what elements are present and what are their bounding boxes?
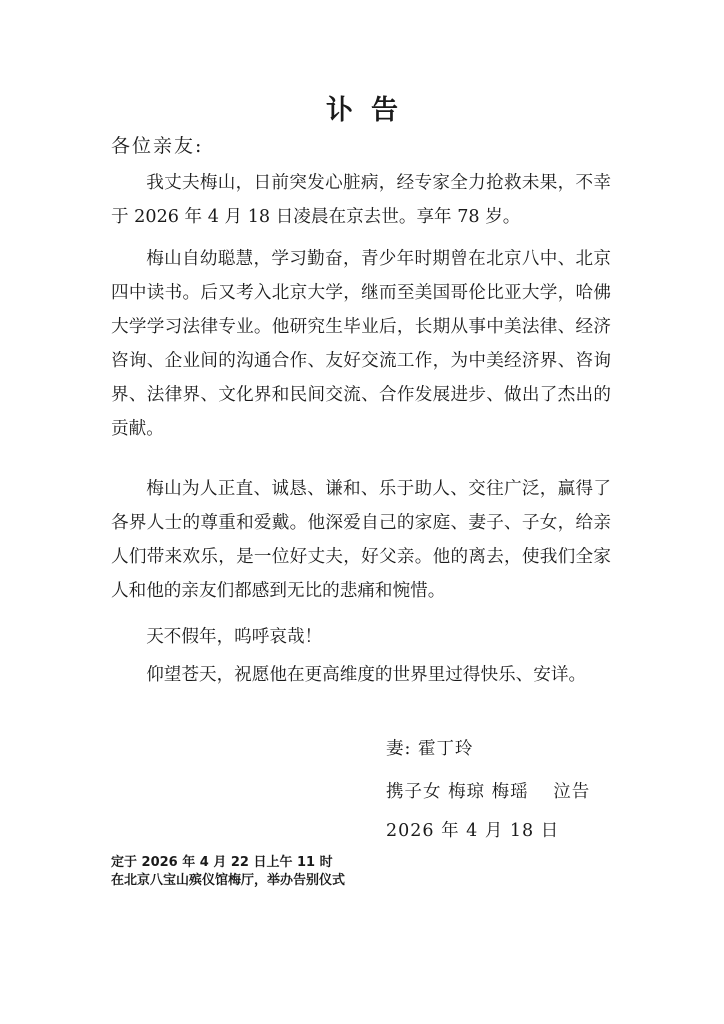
page-title: 讣告 bbox=[0, 88, 724, 127]
paragraph-lament: 天不假年，呜呼哀哉！ bbox=[111, 620, 611, 654]
signature-closing: 泣告 bbox=[553, 782, 590, 802]
signature-wife: 妻: 霍丁玲 bbox=[386, 735, 473, 760]
signature-children-names: 携子女 梅琼 梅瑶 bbox=[386, 782, 529, 802]
funeral-notice-location: 在北京八宝山殡仪馆梅厅，举办告别仪式 bbox=[111, 869, 345, 888]
paragraph-character: 梅山为人正直、诚恳、谦和、乐于助人、交往广泛，赢得了各界人士的尊重和爱戴。他深爱… bbox=[111, 472, 611, 608]
paragraph-blessing: 仰望苍天，祝愿他在更高维度的世界里过得快乐、安详。 bbox=[111, 658, 611, 692]
salutation: 各位亲友: bbox=[111, 131, 203, 158]
signature-date: 2026 年 4 月 18 日 bbox=[386, 817, 559, 842]
signature-children: 携子女 梅琼 梅瑶 泣告 bbox=[386, 778, 590, 803]
funeral-notice-time: 定于 2026 年 4 月 22 日上午 11 时 bbox=[111, 851, 333, 870]
paragraph-biography: 梅山自幼聪慧，学习勤奋，青少年时期曾在北京八中、北京四中读书。后又考入北京大学，… bbox=[111, 242, 611, 446]
paragraph-death-announcement: 我丈夫梅山，日前突发心脏病，经专家全力抢救未果，不幸于 2026 年 4 月 1… bbox=[111, 166, 611, 234]
